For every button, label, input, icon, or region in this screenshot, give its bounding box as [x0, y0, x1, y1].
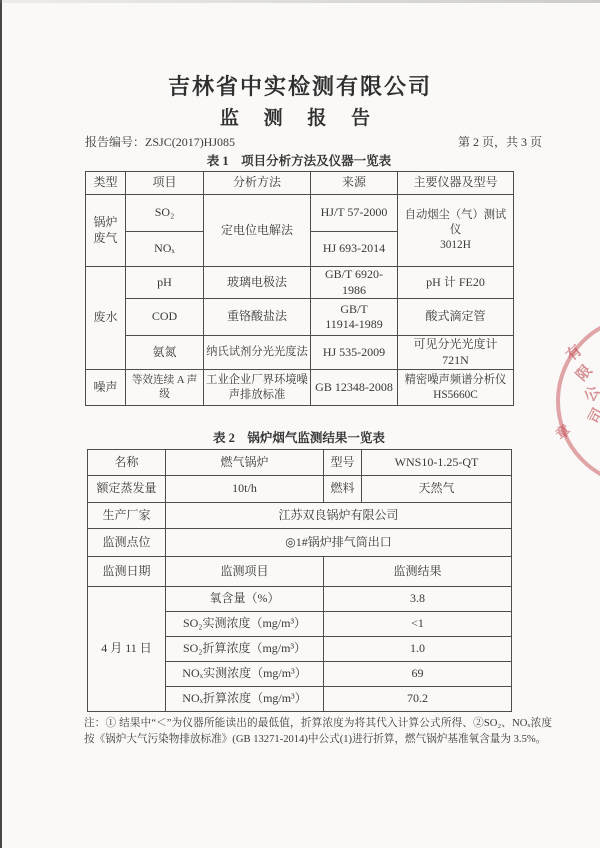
t1-item-ammonia: 氨氮 [126, 336, 204, 370]
t1-type-wastewater: 废水 [86, 267, 126, 370]
t2-name-value: 燃气锅炉 [166, 450, 324, 476]
t2-model-value: WNS10-1.25-QT [362, 450, 512, 476]
t1-header-item: 项目 [126, 172, 204, 195]
t2-header-date: 监测日期 [88, 557, 166, 587]
t2-value-so2-converted: 1.0 [324, 637, 512, 662]
t1-source-cod: GB/T 11914-1989 [311, 299, 398, 336]
t2-item-so2-measured: SO₂实测浓度（mg/m³） [166, 612, 324, 637]
table2-results-header-row: 监测日期 监测项目 监测结果 [88, 557, 512, 587]
t1-item-nox: NOₓ [126, 232, 204, 267]
report-number-value: ZSJC(2017)HJ085 [145, 135, 235, 149]
t2-evap-value: 10t/h [166, 476, 324, 503]
t2-mfr-value: 江苏双良锅炉有限公司 [166, 503, 512, 529]
t2-point-value: ◎1#锅炉排气筒出口 [166, 529, 512, 557]
t2-value-so2-measured: <1 [324, 612, 512, 637]
table2-row-name: 名称 燃气锅炉 型号 WNS10-1.25-QT [88, 450, 512, 476]
table2-result-row-oxygen: 4 月 11 日 氧含量（%） 3.8 [88, 587, 512, 612]
t1-instrument-cod: 酸式滴定管 [398, 299, 514, 336]
scanned-report-page: 吉林省中实检测有限公司 监 测 报 告 报告编号：ZSJC(2017)HJ085… [0, 0, 600, 848]
table1-row-so2: 锅炉 废气 SO₂ 定电位电解法 HJ/T 57-2000 自动烟尘（气）测试仪… [86, 195, 514, 232]
t1-source-noise: GB 12348-2008 [311, 370, 398, 406]
t1-header-source: 来源 [311, 172, 398, 195]
table2-monitoring-results: 名称 燃气锅炉 型号 WNS10-1.25-QT 额定蒸发量 10t/h 燃料 … [87, 449, 512, 712]
report-meta-row: 报告编号：ZSJC(2017)HJ085 第 2 页，共 3 页 [85, 133, 542, 150]
table2-row-evaporation: 额定蒸发量 10t/h 燃料 天然气 [88, 476, 512, 503]
table1-row-noise: 噪声 等效连续 A 声级 工业企业厂界环境噪 声排放标准 GB 12348-20… [86, 370, 514, 406]
t2-model-label: 型号 [324, 450, 362, 476]
table1-row-cod: COD 重铬酸盐法 GB/T 11914-1989 酸式滴定管 [86, 299, 514, 336]
document-title: 监 测 报 告 [0, 103, 600, 130]
table1-row-ph: 废水 pH 玻璃电极法 GB/T 6920-1986 pH 计 FE20 [86, 267, 514, 299]
table2-row-manufacturer: 生产厂家 江苏双良锅炉有限公司 [88, 503, 512, 529]
report-number: 报告编号：ZSJC(2017)HJ085 [85, 133, 235, 150]
table1-header-row: 类型 项目 分析方法 来源 主要仪器及型号 [86, 172, 514, 195]
table1-analysis-methods: 类型 项目 分析方法 来源 主要仪器及型号 锅炉 废气 SO₂ 定电位电解法 H… [85, 171, 514, 406]
t1-method-electrolysis: 定电位电解法 [204, 195, 311, 267]
table1-row-ammonia: 氨氮 纳氏试剂分光光度法 HJ 535-2009 可见分光光度计 721N [86, 336, 514, 370]
t1-header-method: 分析方法 [204, 172, 311, 195]
t1-instrument-boiler: 自动烟尘（气）测试仪 3012H [398, 195, 514, 267]
t1-method-ph: 玻璃电极法 [204, 267, 311, 299]
t1-type-boiler-gas: 锅炉 废气 [86, 195, 126, 267]
t2-evap-label: 额定蒸发量 [88, 476, 166, 503]
t2-item-nox-converted: NOₓ折算浓度（mg/m³） [166, 687, 324, 712]
t2-name-label: 名称 [88, 450, 166, 476]
table1-caption: 表 1 项目分析方法及仪器一览表 [85, 151, 513, 169]
t1-instrument-ph: pH 计 FE20 [398, 267, 514, 299]
t1-method-ammonia: 纳氏试剂分光光度法 [204, 336, 311, 370]
t1-type-noise: 噪声 [86, 370, 126, 406]
t1-method-noise: 工业企业厂界环境噪 声排放标准 [204, 370, 311, 406]
t2-item-so2-converted: SO₂折算浓度（mg/m³） [166, 637, 324, 662]
t1-header-type: 类型 [86, 172, 126, 195]
t2-value-oxygen: 3.8 [324, 587, 512, 612]
table2-row-point: 监测点位 ◎1#锅炉排气筒出口 [88, 529, 512, 557]
t2-fuel-label: 燃料 [324, 476, 362, 503]
t1-item-cod: COD [126, 299, 204, 336]
t1-source-so2: HJ/T 57-2000 [311, 195, 398, 232]
t2-header-item: 监测项目 [166, 557, 324, 587]
t1-item-ph: pH [126, 267, 204, 299]
t1-header-instrument: 主要仪器及型号 [398, 172, 514, 195]
t2-item-nox-measured: NOₓ实测浓度（mg/m³） [166, 662, 324, 687]
t1-source-nox: HJ 693-2014 [311, 232, 398, 267]
scan-edge-top [0, 0, 600, 3]
t2-mfr-label: 生产厂家 [88, 503, 166, 529]
t2-header-result: 监测结果 [324, 557, 512, 587]
report-number-label: 报告编号： [85, 135, 145, 149]
company-title: 吉林省中实检测有限公司 [0, 70, 600, 101]
t2-fuel-value: 天然气 [362, 476, 512, 503]
t1-item-so2: SO₂ [126, 195, 204, 232]
t2-value-nox-measured: 69 [324, 662, 512, 687]
t1-item-noise: 等效连续 A 声级 [126, 370, 204, 406]
t2-monitoring-date: 4 月 11 日 [88, 587, 166, 712]
t1-source-ammonia: HJ 535-2009 [311, 336, 398, 370]
t1-source-ph: GB/T 6920-1986 [311, 267, 398, 299]
t2-value-nox-converted: 70.2 [324, 687, 512, 712]
table2-caption: 表 2 锅炉烟气监测结果一览表 [87, 428, 511, 446]
t1-method-cod: 重铬酸盐法 [204, 299, 311, 336]
t2-item-oxygen: 氧含量（%） [166, 587, 324, 612]
page-indicator: 第 2 页，共 3 页 [458, 133, 542, 150]
t2-point-label: 监测点位 [88, 529, 166, 557]
t1-instrument-ammonia: 可见分光光度计 721N [398, 336, 514, 370]
t1-instrument-noise: 精密噪声频谱分析仪 HS5660C [398, 370, 514, 406]
footnote: 注：① 结果中“＜”为仪器所能读出的最低值，折算浓度为将其代入计算公式所得、②S… [84, 716, 552, 748]
